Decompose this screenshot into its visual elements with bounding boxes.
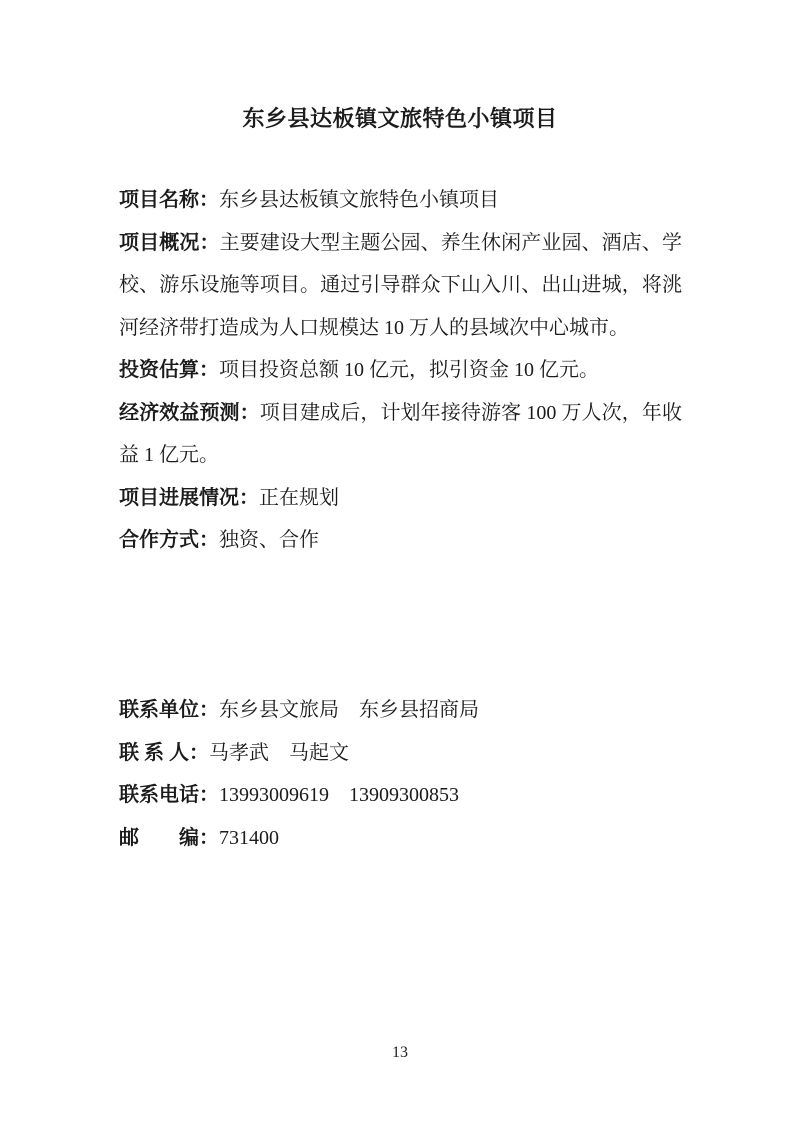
field-cooperation-mode-value: 独资、合作 — [219, 529, 319, 551]
field-contact-phone-value: 13993009619 13909300853 — [219, 784, 459, 806]
page-number: 13 — [0, 1043, 800, 1063]
field-postal-code-label: 邮 编： — [119, 827, 219, 849]
field-cooperation-mode: 合作方式：独资、合作 — [119, 519, 682, 562]
document-page: 东乡县达板镇文旅特色小镇项目 项目名称：东乡县达板镇文旅特色小镇项目 项目概况：… — [0, 0, 800, 1131]
field-project-overview-label: 项目概况： — [119, 232, 220, 254]
field-cooperation-mode-label: 合作方式： — [119, 529, 219, 551]
field-project-progress: 项目进展情况：正在规划 — [119, 477, 682, 520]
field-contact-person: 联 系 人：马孝武 马起文 — [119, 732, 682, 775]
field-project-progress-value: 正在规划 — [259, 487, 339, 509]
field-postal-code-value: 731400 — [219, 827, 279, 849]
field-contact-unit: 联系单位：东乡县文旅局 东乡县招商局 — [119, 689, 682, 732]
field-economic-benefit-label: 经济效益预测： — [119, 402, 260, 424]
field-postal-code: 邮 编：731400 — [119, 817, 682, 860]
field-project-name: 项目名称：东乡县达板镇文旅特色小镇项目 — [119, 179, 682, 222]
field-investment-estimate: 投资估算：项目投资总额 10 亿元，拟引资金 10 亿元。 — [119, 349, 682, 392]
field-contact-phone-label: 联系电话： — [119, 784, 219, 806]
field-contact-person-value: 马孝武 马起文 — [209, 742, 349, 764]
field-contact-phone: 联系电话：13993009619 13909300853 — [119, 774, 682, 817]
page-title: 东乡县达板镇文旅特色小镇项目 — [0, 104, 800, 134]
field-investment-estimate-label: 投资估算： — [119, 359, 219, 381]
field-project-name-value: 东乡县达板镇文旅特色小镇项目 — [219, 189, 499, 211]
field-contact-person-label: 联 系 人： — [119, 742, 209, 764]
field-project-name-label: 项目名称： — [119, 189, 219, 211]
field-economic-benefit: 经济效益预测：项目建成后，计划年接待游客 100 万人次，年收益 1 亿元。 — [119, 392, 682, 477]
field-contact-unit-label: 联系单位： — [119, 699, 219, 721]
project-info-section: 项目名称：东乡县达板镇文旅特色小镇项目 项目概况：主要建设大型主题公园、养生休闲… — [119, 179, 682, 562]
field-contact-unit-value: 东乡县文旅局 东乡县招商局 — [219, 699, 479, 721]
field-project-overview: 项目概况：主要建设大型主题公园、养生休闲产业园、酒店、学校、游乐设施等项目。通过… — [119, 222, 682, 350]
contact-section: 联系单位：东乡县文旅局 东乡县招商局 联 系 人：马孝武 马起文 联系电话：13… — [119, 689, 682, 859]
field-investment-estimate-value: 项目投资总额 10 亿元，拟引资金 10 亿元。 — [219, 359, 599, 381]
field-project-progress-label: 项目进展情况： — [119, 487, 259, 509]
